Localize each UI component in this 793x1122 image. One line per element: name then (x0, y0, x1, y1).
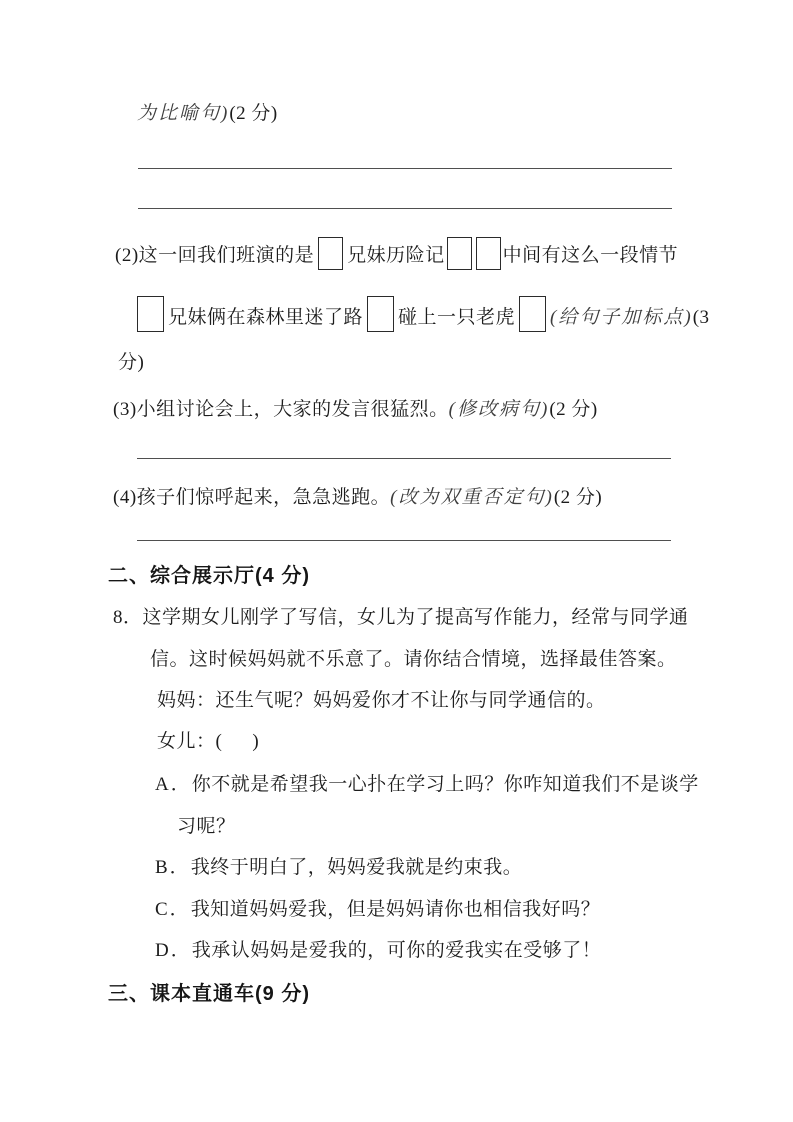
answer-rule[interactable] (137, 540, 671, 541)
question-8-line-2: 信。这时候妈妈就不乐意了。请你结合情境，选择最佳答案。 (150, 649, 677, 672)
question-8-stem: 这学期女儿刚学了写信，女儿为了提高写作能力，经常与同学通 (143, 607, 689, 628)
question-3-text: (3)小组讨论会上，大家的发言很猛烈。 (113, 399, 449, 420)
section-2-header: 二、综合展示厅(4 分) (108, 564, 310, 588)
dialogue-mother-text: 妈妈：还生气呢？妈妈爱你才不让你与同学通信的。 (157, 690, 606, 711)
answer-rule[interactable] (137, 458, 671, 459)
option-a[interactable]: A．你不就是希望我一心扑在学习上吗？你咋知道我们不是谈学 (155, 774, 699, 797)
answer-blank[interactable] (222, 746, 252, 747)
punctuation-box[interactable] (367, 296, 394, 332)
answer-rule[interactable] (138, 168, 672, 169)
option-b[interactable]: B．我终于明白了，妈妈爱我就是约束我。 (155, 857, 522, 880)
question-2-text: (2)这一回我们班演的是 (115, 245, 314, 266)
score-label: (2 分) (229, 103, 277, 124)
option-d-text: 我承认妈妈是爱我的，可你的爱我实在受够了！ (192, 940, 602, 961)
score-label: 分) (118, 352, 144, 373)
option-a-text: 你不就是希望我一心扑在学习上吗？你咋知道我们不是谈学 (192, 774, 699, 795)
question-2-line-2: 兄妹俩在森林里迷了路碰上一只老虎(给句子加标点)(3 (137, 296, 710, 332)
question-4-text: (4)孩子们惊呼起来，急急逃跑。 (113, 487, 390, 508)
question-2-line-1: (2)这一回我们班演的是兄妹历险记中间有这么一段情节 (115, 237, 678, 270)
option-a-label: A． (155, 774, 192, 795)
question-8-number: 8． (113, 607, 143, 628)
instruction-note: 为比喻句) (137, 103, 229, 124)
punctuation-box[interactable] (447, 237, 472, 270)
question-8-stem: 信。这时候妈妈就不乐意了。请你结合情境，选择最佳答案。 (150, 649, 677, 670)
test-paper-page: 为比喻句)(2 分) (2)这一回我们班演的是兄妹历险记中间有这么一段情节 兄妹… (0, 0, 793, 1122)
option-d[interactable]: D．我承认妈妈是爱我的，可你的爱我实在受够了！ (155, 940, 601, 963)
dialogue-mother: 妈妈：还生气呢？妈妈爱你才不让你与同学通信的。 (157, 690, 606, 713)
section-3-header: 三、课本直通车(9 分) (108, 982, 310, 1006)
option-a-text: 习呢？ (177, 816, 236, 837)
question-2-text: 碰上一只老虎 (398, 307, 515, 328)
question-2-line-3: 分) (118, 352, 144, 375)
option-b-text: 我终于明白了，妈妈爱我就是约束我。 (191, 857, 523, 878)
question-4: (4)孩子们惊呼起来，急急逃跑。(改为双重否定句)(2 分) (113, 487, 602, 510)
question-1-continuation: 为比喻句)(2 分) (137, 103, 278, 126)
option-c-text: 我知道妈妈爱我，但是妈妈请你也相信我好吗？ (191, 899, 601, 920)
question-3: (3)小组讨论会上，大家的发言很猛烈。(修改病句)(2 分) (113, 399, 598, 422)
option-b-label: B． (155, 857, 191, 878)
score-label: (2 分) (554, 487, 602, 508)
instruction-note: (修改病句) (449, 399, 550, 420)
question-2-text: 兄妹历险记 (347, 245, 445, 266)
score-label: (3 (693, 307, 710, 328)
instruction-note: (改为双重否定句) (390, 487, 554, 508)
option-c-label: C． (155, 899, 191, 920)
answer-rule[interactable] (138, 208, 672, 209)
dialogue-daughter-text: ) (252, 731, 259, 752)
question-2-text: 中间有这么一段情节 (503, 245, 679, 266)
score-label: (2 分) (549, 399, 597, 420)
instruction-note: (给句子加标点) (550, 307, 693, 328)
question-8-line-1: 8．这学期女儿刚学了写信，女儿为了提高写作能力，经常与同学通 (113, 607, 689, 630)
option-a-continuation: 习呢？ (177, 816, 236, 839)
punctuation-box[interactable] (318, 237, 343, 270)
option-c[interactable]: C．我知道妈妈爱我，但是妈妈请你也相信我好吗？ (155, 899, 600, 922)
punctuation-box[interactable] (519, 296, 546, 332)
dialogue-daughter: 女儿：() (157, 731, 259, 754)
question-2-text: 兄妹俩在森林里迷了路 (168, 307, 363, 328)
dialogue-daughter-text: 女儿：( (157, 731, 222, 752)
punctuation-box[interactable] (476, 237, 501, 270)
option-d-label: D． (155, 940, 192, 961)
punctuation-box[interactable] (137, 296, 164, 332)
